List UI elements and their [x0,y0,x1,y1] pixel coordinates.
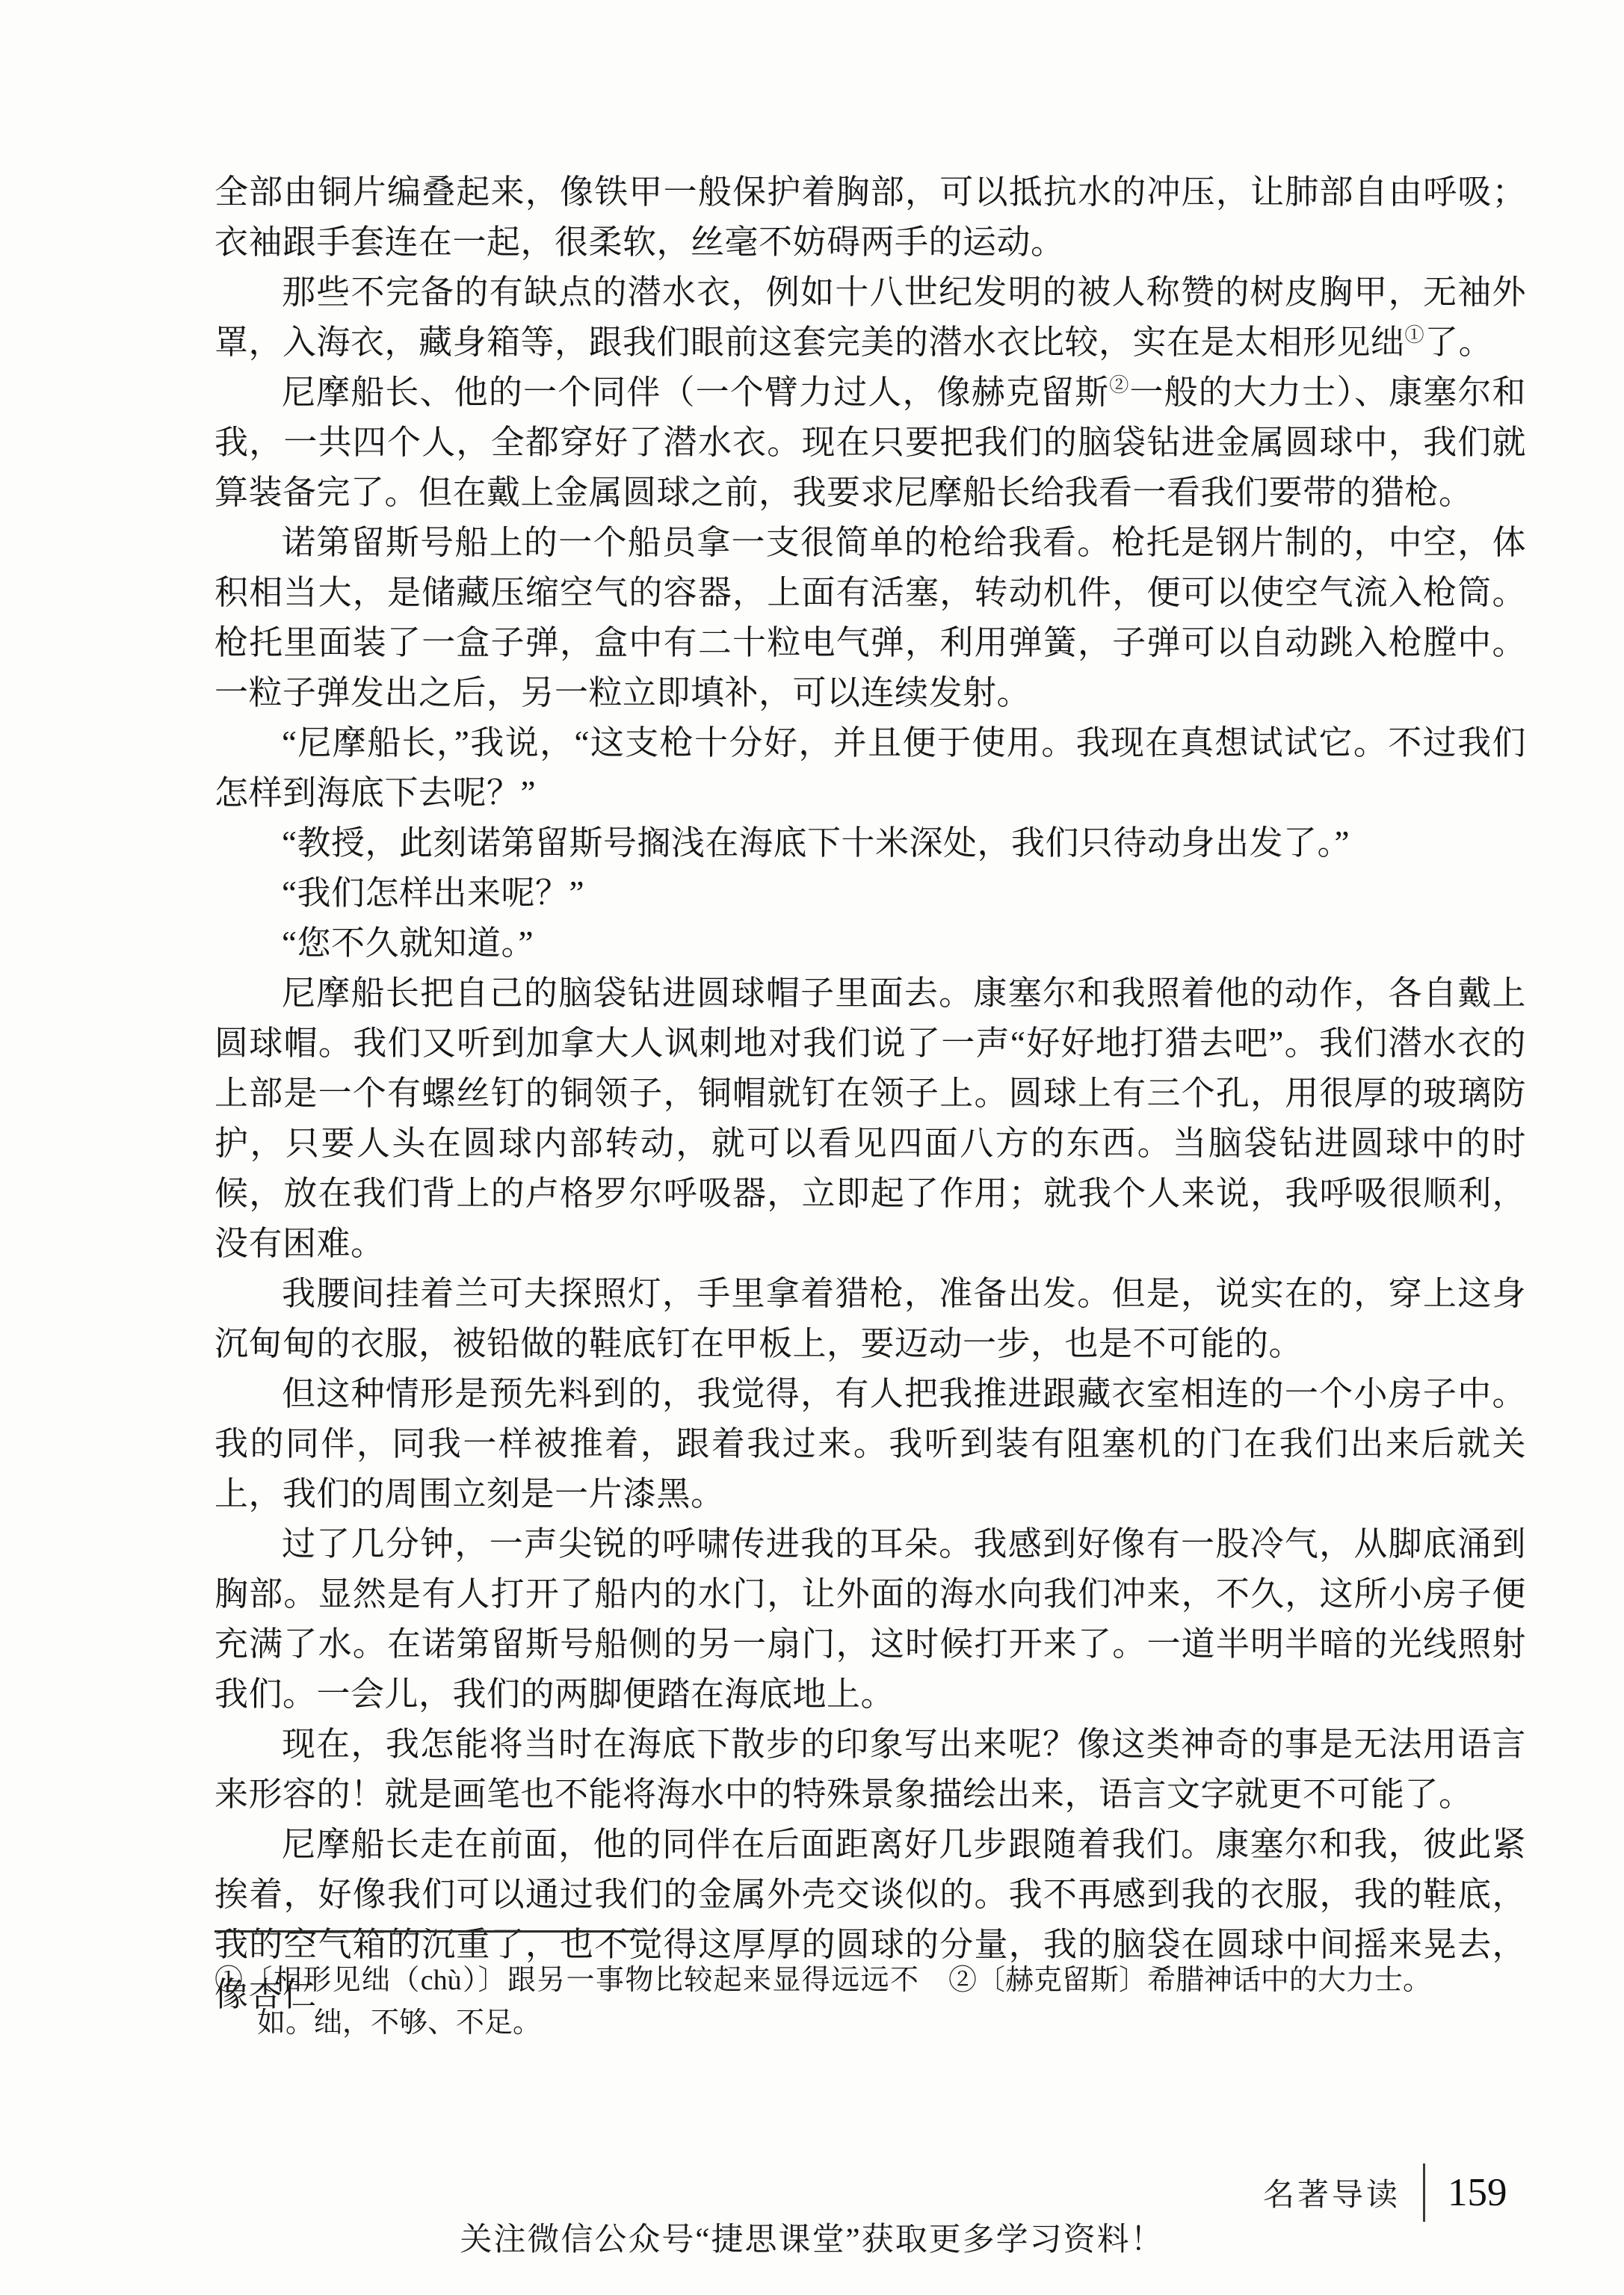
article-body: 全部由铜片编叠起来，像铁甲一般保护着胸部，可以抵抗水的冲压，让肺部自由呼吸；衣袖… [214,167,1526,2020]
footnote-text: 〔赫克留斯〕希腊神话中的大力士。 [977,1965,1431,1996]
promo-banner: 关注微信公众号“捷思课堂”获取更多学习资料！ [0,2214,1624,2260]
body-paragraph: “您不久就知道。” [214,918,1526,969]
section-title: 名著导读 [1263,2170,1401,2215]
body-paragraph: “教授，此刻诺第留斯号搁浅在海底下十米深处，我们只待动身出发了。” [214,818,1526,868]
body-paragraph: “尼摩船长，”我说，“这支枪十分好，并且便于使用。我现在真想试试它。不过我们怎样… [214,718,1526,818]
body-paragraph: 但这种情形是预先料到的，我觉得，有人把我推进跟藏衣室相连的一个小房子中。我的同伴… [214,1369,1526,1519]
body-paragraph: 全部由铜片编叠起来，像铁甲一般保护着胸部，可以抵抗水的冲压，让肺部自由呼吸；衣袖… [214,167,1526,268]
footnote-ref: ② [1109,374,1129,396]
body-paragraph: “我们怎样出来呢？” [214,868,1526,918]
page-number: 159 [1448,2170,1507,2215]
body-paragraph: 我腰间挂着兰可夫探照灯，手里拿着猎枪，准备出发。但是，说实在的，穿上这身沉甸甸的… [214,1269,1526,1369]
footnote-item: ①〔相形见绌（chù）〕跟另一事物比较起来显得远远不如。绌，不够、不足。 [214,1959,918,2045]
footnote-ref: ① [1405,324,1425,346]
footer-divider-bar [1423,2163,1425,2222]
body-paragraph: 尼摩船长、他的一个同伴（一个臂力过人，像赫克留斯②一般的大力士）、康塞尔和我，一… [214,368,1526,518]
body-paragraph: 过了几分钟，一声尖锐的呼啸传进我的耳朵。我感到好像有一股冷气，从脚底涌到胸部。显… [214,1519,1526,1720]
textbook-page: 全部由铜片编叠起来，像铁甲一般保护着胸部，可以抵抗水的冲压，让肺部自由呼吸；衣袖… [0,0,1624,2295]
footnote-marker: ① [214,1965,244,1996]
body-paragraph: 现在，我怎能将当时在海底下散步的印象写出来呢？像这类神奇的事是无法用语言来形容的… [214,1720,1526,1820]
footnotes: ①〔相形见绌（chù）〕跟另一事物比较起来显得远远不如。绌，不够、不足。②〔赫克… [214,1959,1530,2045]
body-paragraph: 尼摩船长把自己的脑袋钻进圆球帽子里面去。康塞尔和我照着他的动作，各自戴上圆球帽。… [214,969,1526,1269]
page-footer: 名著导读 159 [1263,2163,1507,2223]
footnote-item: ②〔赫克留斯〕希腊神话中的大力士。 [948,1959,1530,2045]
footnote-marker: ② [948,1965,977,1996]
body-paragraph: 诺第留斯号船上的一个船员拿一支很简单的枪给我看。枪托是钢片制的，中空，体积相当大… [214,518,1526,718]
footnote-text: 〔相形见绌（chù）〕跟另一事物比较起来显得远远不如。绌，不够、不足。 [244,1965,918,2039]
body-paragraph: 那些不完备的有缺点的潜水衣，例如十八世纪发明的被人称赞的树皮胸甲，无袖外罩，入海… [214,268,1526,368]
footnote-divider [214,1930,644,1933]
